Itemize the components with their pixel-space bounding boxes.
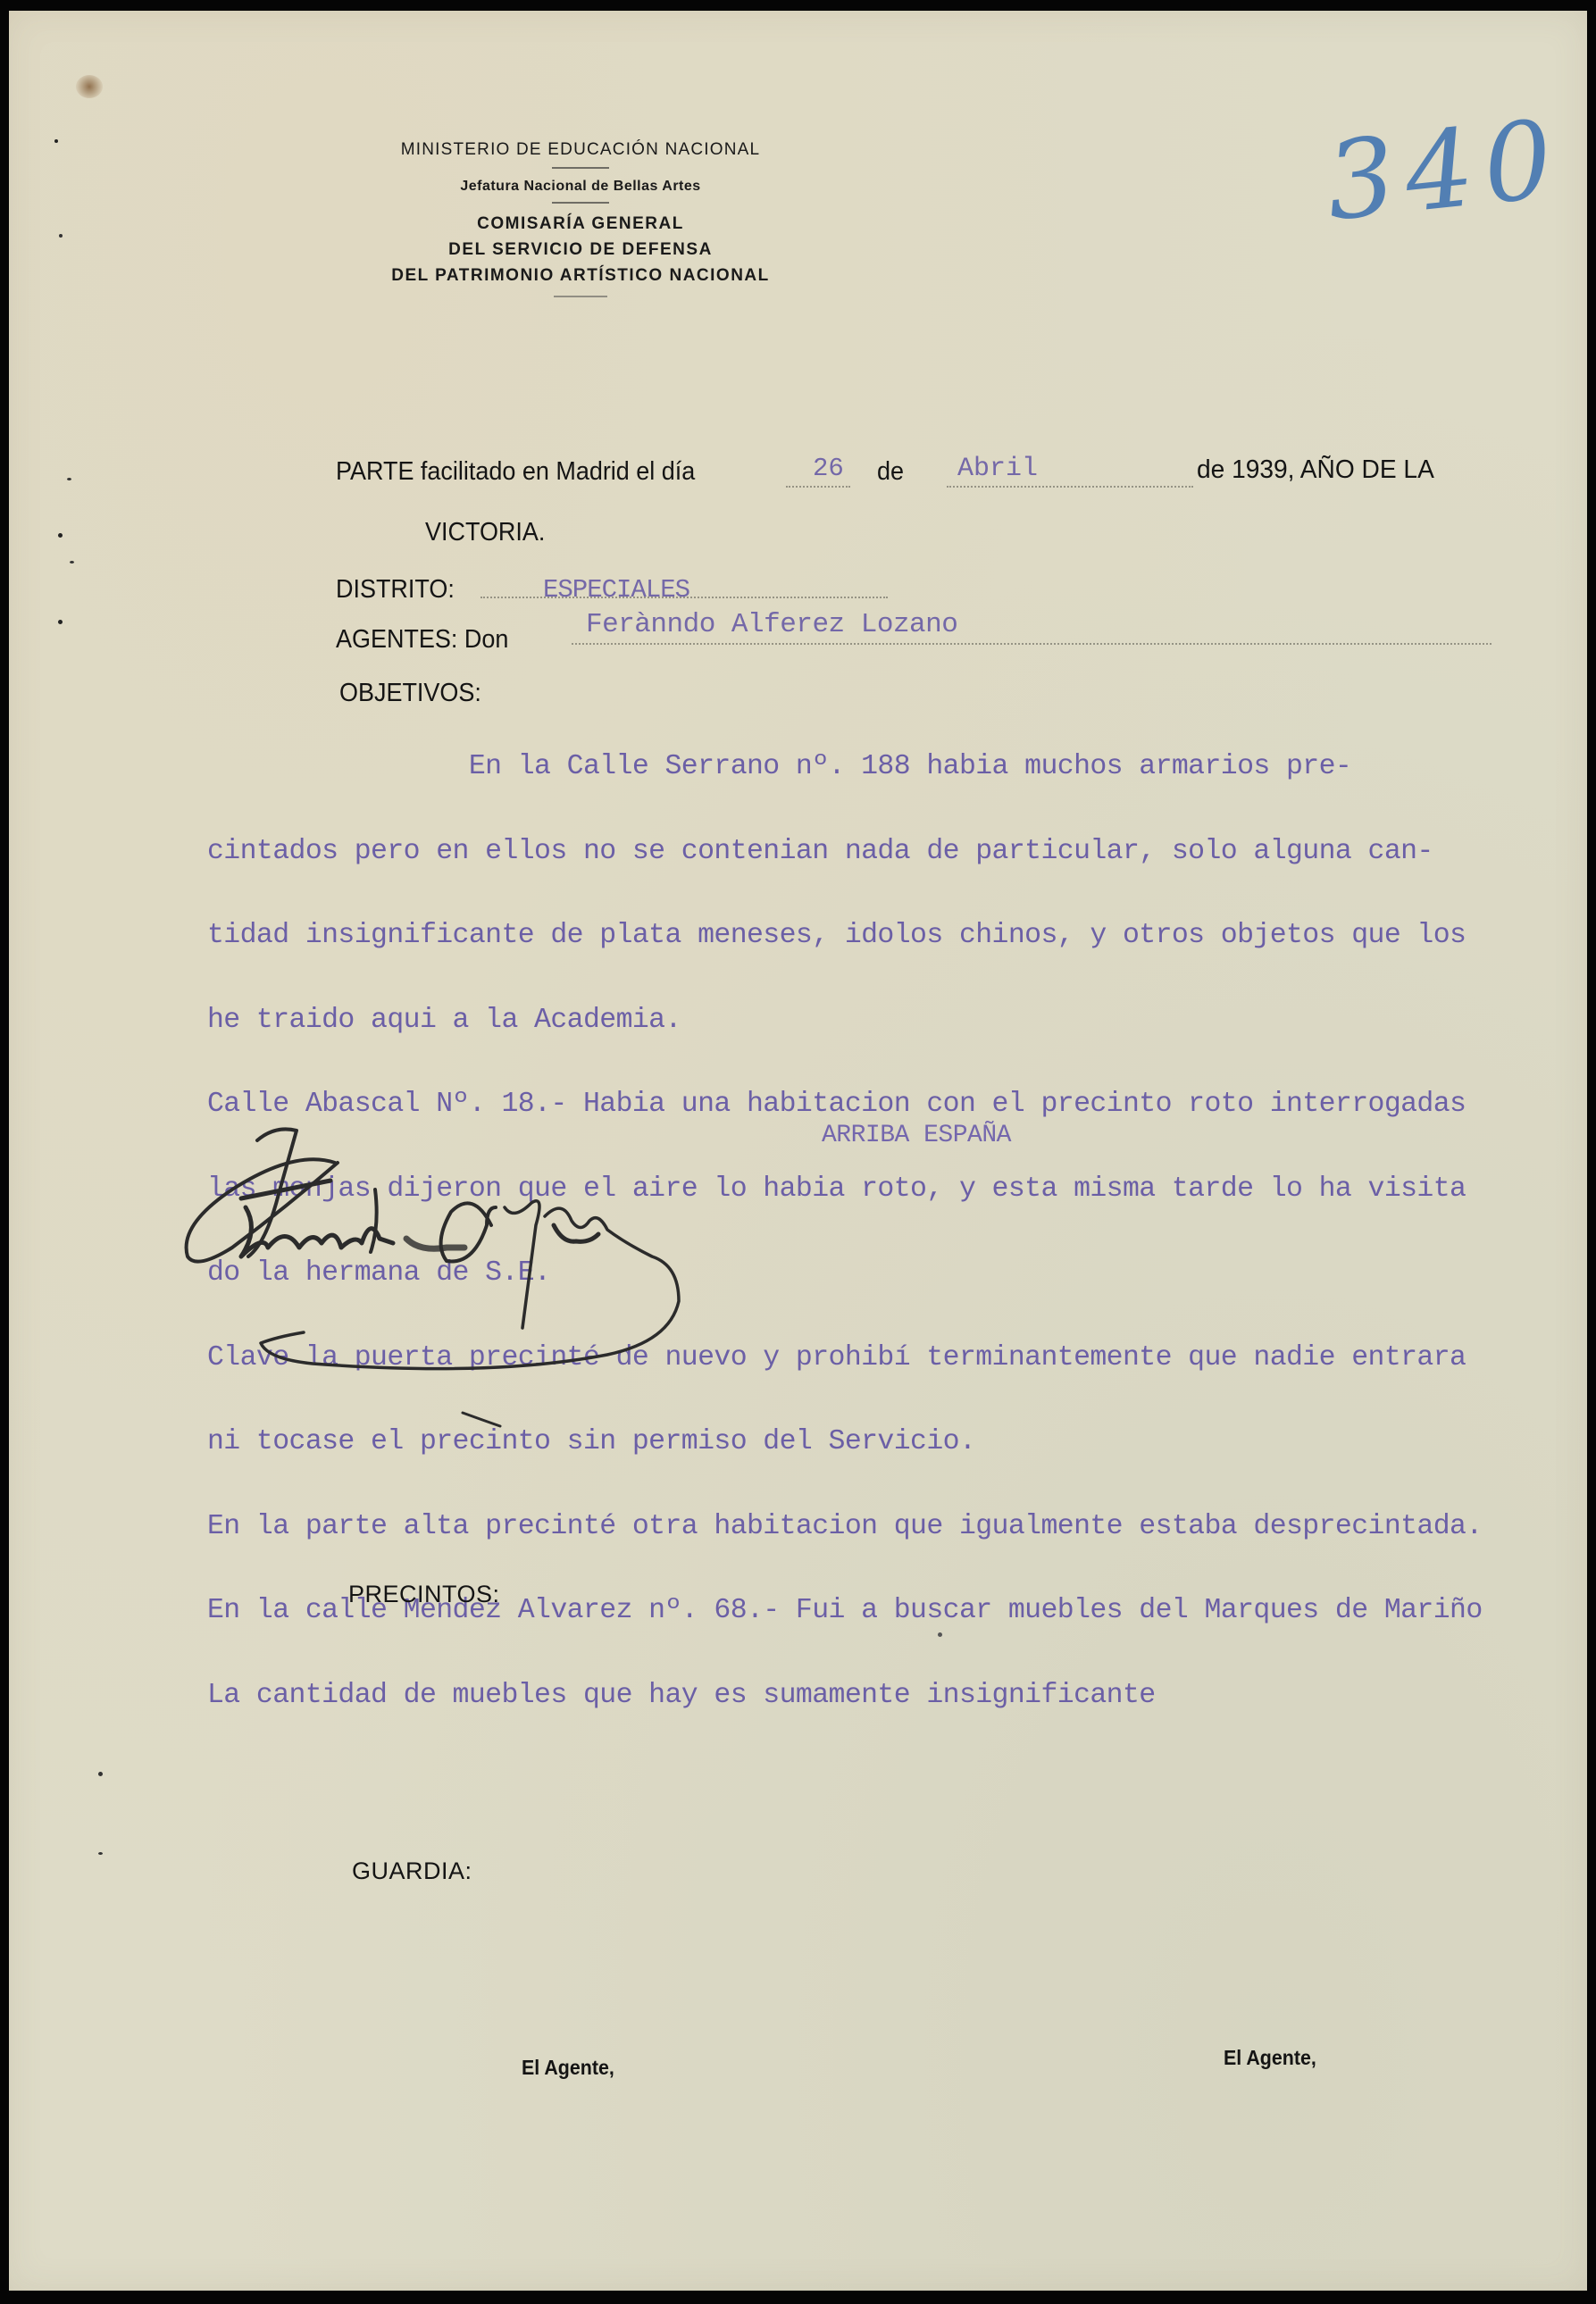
margin-dot (67, 478, 71, 480)
objetivos-line: cintados pero en ellos no se contenian n… (207, 838, 1483, 866)
agent-right-label: El Agente, (1224, 2046, 1316, 2070)
margin-dot (98, 1852, 103, 1855)
objetivos-line: En la Calle Serrano nº. 188 habia muchos… (207, 753, 1483, 781)
agentes-label: AGENTES: Don (336, 625, 508, 655)
margin-dot (98, 1772, 103, 1776)
agentes-value[interactable]: Ferànndo Alferez Lozano (586, 609, 957, 640)
margin-dot (58, 533, 63, 538)
document-page: MINISTERIO DE EDUCACIÓN NACIONAL Jefatur… (9, 11, 1587, 2291)
comisaria-line-1: COMISARÍA GENERAL (330, 211, 831, 237)
ministry-name: MINISTERIO DE EDUCACIÓN NACIONAL (330, 138, 831, 163)
distrito-label: DISTRITO: (336, 575, 455, 605)
divider (552, 167, 609, 169)
distrito-value[interactable]: ESPECIALES (543, 575, 689, 605)
divider (552, 202, 609, 204)
objetivos-line: En la parte alta precinté otra habitacio… (207, 1513, 1483, 1541)
folio-number: 340 (1320, 97, 1568, 246)
handwritten-signature (179, 1109, 1268, 1440)
de-label: de (877, 457, 904, 487)
agent-left-label: El Agente, (522, 2056, 614, 2080)
guardia-label: GUARDIA: (352, 1857, 472, 1885)
month-field-line (947, 486, 1193, 488)
margin-dot (70, 561, 74, 563)
year-suffix-cont: VICTORIA. (425, 518, 545, 547)
letterhead: MINISTERIO DE EDUCACIÓN NACIONAL Jefatur… (330, 138, 831, 297)
margin-dot (58, 620, 63, 624)
objetivos-line: La cantidad de muebles que hay es sumame… (207, 1682, 1483, 1710)
year-suffix: de 1939, AÑO DE LA (1197, 455, 1434, 485)
margin-dot (59, 234, 63, 238)
comisaria-line-3: DEL PATRIMONIO ARTÍSTICO NACIONAL (330, 263, 831, 288)
stain-mark (76, 75, 103, 98)
day-value[interactable]: 26 (813, 454, 844, 483)
comisaria-line-2: DEL SERVICIO DE DEFENSA (330, 237, 831, 263)
day-field-line (786, 486, 850, 488)
precintos-label: PRECINTOS: (348, 1581, 500, 1608)
margin-dot (54, 139, 58, 143)
month-value[interactable]: Abril (957, 454, 1038, 484)
parte-prefix: PARTE facilitado en Madrid el día (336, 457, 695, 487)
divider (554, 296, 607, 297)
objetivos-line: tidad insignificante de plata meneses, i… (207, 922, 1483, 950)
objetivos-line: he traido aqui a la Academia. (207, 1006, 1483, 1035)
agentes-field-line (572, 643, 1492, 645)
jefatura-name: Jefatura Nacional de Bellas Artes (330, 176, 831, 197)
